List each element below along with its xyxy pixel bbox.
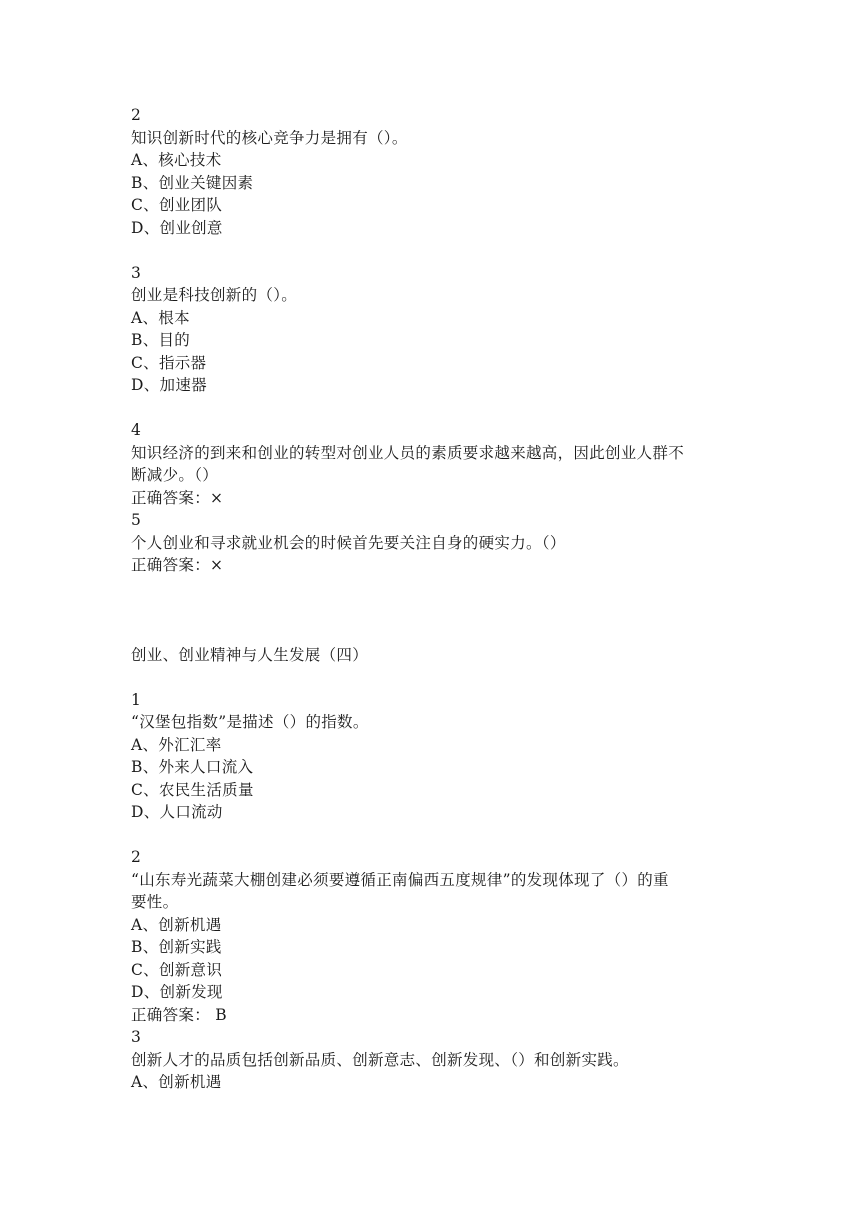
option-d: D、加速器 — [131, 374, 741, 397]
question-block: 2 知识创新时代的核心竞争力是拥有（）。 A、核心技术 B、创业关键因素 C、创… — [131, 104, 741, 239]
question-number: 1 — [131, 689, 741, 712]
option-d: D、创业创意 — [131, 217, 741, 240]
question-block: 3 创新人才的品质包括创新品质、创新意志、创新发现、（）和创新实践。 A、创新机… — [131, 1026, 741, 1094]
question-text: 创业是科技创新的（）。 — [131, 284, 741, 307]
option-a: A、核心技术 — [131, 149, 741, 172]
question-block: 3 创业是科技创新的（）。 A、根本 B、目的 C、指示器 D、加速器 — [131, 262, 741, 397]
question-text: “汉堡包指数”是描述（）的指数。 — [131, 711, 741, 734]
correct-answer: 正确答案：× — [131, 554, 741, 577]
option-c: C、创新意识 — [131, 959, 741, 982]
question-text-line2: 要性。 — [131, 891, 741, 914]
question-number: 2 — [131, 104, 741, 127]
correct-answer: 正确答案： B — [131, 1004, 741, 1027]
question-block: 2 “山东寿光蔬菜大棚创建必须要遵循正南偏西五度规律”的发现体现了（）的重 要性… — [131, 846, 741, 1026]
option-a: A、创新机遇 — [131, 1071, 741, 1094]
section-title: 创业、创业精神与人生发展（四） — [131, 644, 741, 667]
question-text-line1: 知识经济的到来和创业的转型对创业人员的素质要求越来越高，因此创业人群不 — [131, 442, 741, 465]
document-page: 2 知识创新时代的核心竞争力是拥有（）。 A、核心技术 B、创业关键因素 C、创… — [0, 0, 860, 1216]
spacer — [131, 577, 741, 644]
question-block: 4 知识经济的到来和创业的转型对创业人员的素质要求越来越高，因此创业人群不 断减… — [131, 419, 741, 509]
question-number: 3 — [131, 1026, 741, 1049]
question-number: 2 — [131, 846, 741, 869]
option-c: C、农民生活质量 — [131, 779, 741, 802]
spacer — [131, 397, 741, 420]
option-c: C、创业团队 — [131, 194, 741, 217]
option-b: B、外来人口流入 — [131, 756, 741, 779]
question-block: 5 个人创业和寻求就业机会的时候首先要关注自身的硬实力。（） 正确答案：× — [131, 509, 741, 577]
spacer — [131, 666, 741, 689]
question-number: 4 — [131, 419, 741, 442]
option-d: D、人口流动 — [131, 801, 741, 824]
option-b: B、创业关键因素 — [131, 172, 741, 195]
question-text-line2: 断减少。（） — [131, 464, 741, 487]
question-text: 知识创新时代的核心竞争力是拥有（）。 — [131, 127, 741, 150]
correct-answer: 正确答案：× — [131, 487, 741, 510]
spacer — [131, 239, 741, 262]
option-b: B、创新实践 — [131, 936, 741, 959]
option-d: D、创新发现 — [131, 981, 741, 1004]
question-text: 个人创业和寻求就业机会的时候首先要关注自身的硬实力。（） — [131, 532, 741, 555]
option-b: B、目的 — [131, 329, 741, 352]
option-a: A、外汇汇率 — [131, 734, 741, 757]
spacer — [131, 824, 741, 847]
question-text: 创新人才的品质包括创新品质、创新意志、创新发现、（）和创新实践。 — [131, 1049, 741, 1072]
question-block: 1 “汉堡包指数”是描述（）的指数。 A、外汇汇率 B、外来人口流入 C、农民生… — [131, 689, 741, 824]
document-content: 2 知识创新时代的核心竞争力是拥有（）。 A、核心技术 B、创业关键因素 C、创… — [131, 104, 741, 1094]
question-number: 3 — [131, 262, 741, 285]
question-text-line1: “山东寿光蔬菜大棚创建必须要遵循正南偏西五度规律”的发现体现了（）的重 — [131, 869, 741, 892]
question-number: 5 — [131, 509, 741, 532]
option-c: C、指示器 — [131, 352, 741, 375]
option-a: A、创新机遇 — [131, 914, 741, 937]
option-a: A、根本 — [131, 307, 741, 330]
